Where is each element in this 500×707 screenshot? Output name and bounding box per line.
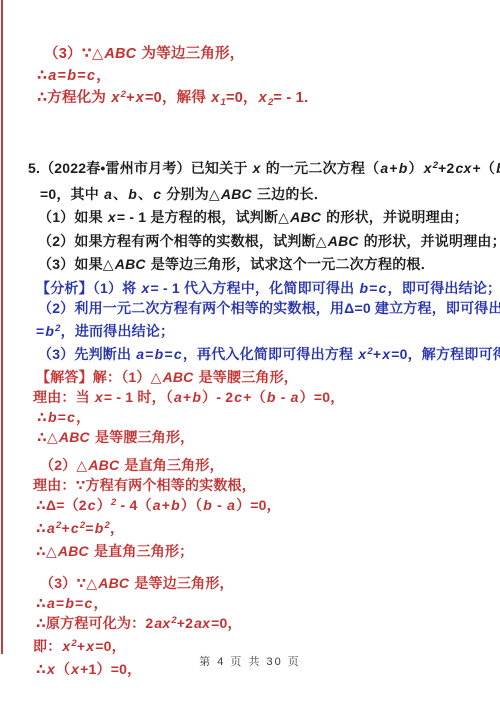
math-variable: a — [103, 186, 113, 202]
analysis-section: 【分析】（1）将 x= - 1 代入方程中，化简即可得出 b=c，即可得出结论；… — [0, 278, 500, 367]
superscript: 2 — [171, 615, 176, 626]
math-variable: b — [495, 160, 500, 176]
text-run: 理由：当 — [33, 389, 94, 405]
math-variable: ABC — [57, 543, 90, 559]
text-run: 、 — [138, 186, 152, 202]
page-footer: 第 4 页 共 30 页 — [0, 653, 500, 669]
text-run: ∴△ — [36, 543, 57, 559]
math-variable: x — [258, 90, 268, 106]
text-run: = — [75, 595, 83, 611]
text-run: 、 — [113, 186, 127, 202]
text-run: = — [164, 346, 172, 362]
text-run: ，即可得出结论； — [388, 280, 500, 296]
text-line: ∴△ABC 是等腰三角形， — [0, 427, 500, 447]
math-variable: ABC — [162, 369, 195, 385]
text-run: 的形状，并说明理由； — [360, 233, 500, 249]
math-variable: b — [398, 160, 409, 176]
text-run: ， — [96, 68, 111, 84]
text-run: ） — [408, 160, 422, 176]
text-run: 的形状，并说明理由； — [322, 209, 468, 225]
math-variable: ABC — [97, 575, 130, 591]
text-run: ） — [97, 497, 111, 513]
text-run: + — [162, 497, 170, 513]
text-run: + — [61, 520, 69, 536]
math-variable: a — [152, 497, 162, 513]
text-run: =0，解得 — [145, 90, 210, 106]
text-run: （3）如果△ — [38, 256, 114, 272]
text-run: = - 1 代入方程中，化简即可得出 — [150, 280, 358, 296]
text-run: +2 — [438, 160, 454, 176]
math-variable: b — [202, 497, 213, 513]
math-variable: b — [266, 389, 277, 405]
math-variable: x — [357, 346, 367, 362]
text-line: （3）∵△ABC 是等边三角形， — [0, 573, 500, 593]
text-line: ∴Δ=（2c）2 - 4（a+b）（b - a）=0， — [0, 495, 500, 518]
text-line: （3）如果△ABC 是等边三角形，试求这个一元二次方程的根． — [0, 253, 500, 277]
text-run: = - 1 是方程的根，试判断△ — [117, 209, 289, 225]
text-line: （1）如果 x= - 1 是方程的根，试判断△ABC 的形状，并说明理由； — [0, 206, 500, 230]
text-line: ∴原方程可化为：2ax2+2ax=0， — [0, 613, 500, 636]
math-variable: ABC — [327, 233, 360, 249]
text-line: ∴a=b=c， — [0, 593, 500, 613]
text-line: 【分析】（1）将 x= - 1 代入方程中，化简即可得出 b=c，即可得出结论； — [0, 278, 500, 298]
math-variable: c — [233, 389, 243, 405]
math-variable: x — [85, 638, 95, 654]
math-variable: cx — [455, 160, 473, 176]
text-line: 理由：当 x= - 1 时，（a+b）- 2c+（b - a）=0， — [0, 387, 500, 407]
answer-part2: （2）△ABC 是直角三角形，理由：∵方程有两个相等的实数根，∴Δ=（2c）2 … — [0, 455, 500, 561]
text-run: ）=0， — [300, 389, 345, 405]
math-variable: b — [358, 280, 369, 296]
text-run: ， — [94, 595, 108, 611]
math-variable: x — [110, 90, 120, 106]
math-variable: x — [135, 90, 145, 106]
text-run: （2）△ — [40, 457, 87, 473]
text-run: ）（ — [181, 497, 202, 513]
math-variable: ax — [193, 615, 211, 631]
text-run: +（ — [243, 389, 266, 405]
answer-part1: 【解答】解：（1）△ABC 是等腰三角形，理由：当 x= - 1 时，（a+b）… — [0, 367, 500, 447]
text-run: = - 1． — [273, 90, 318, 106]
math-variable: x — [107, 209, 117, 225]
math-variable: b — [44, 323, 55, 339]
text-line: ∴a2+c2=b2， — [0, 518, 500, 541]
text-run: 是等边三角形， — [130, 575, 234, 591]
text-line: ∴△ABC 是直角三角形； — [0, 541, 500, 561]
math-variable: c — [378, 280, 388, 296]
text-run: 三边的长． — [253, 186, 328, 202]
text-run: +（ — [473, 160, 496, 176]
math-variable: x — [61, 638, 71, 654]
math-variable: x — [423, 160, 433, 176]
text-run: （3）先判断出 — [38, 346, 135, 362]
text-run: 理由：∵方程有两个相等的实数根， — [33, 477, 256, 493]
superscript: 2 — [433, 160, 438, 171]
math-variable: x — [210, 90, 220, 106]
math-variable: a — [46, 595, 56, 611]
math-variable: b — [191, 389, 202, 405]
text-run: 5.（2022春•雷州市月考）已知关于 — [28, 160, 252, 176]
math-variable: c — [84, 595, 94, 611]
text-run: =0， — [211, 615, 242, 631]
text-run: 是直角三角形； — [90, 543, 194, 559]
subscript: 2 — [268, 97, 273, 108]
document-body: （3）∵△ABC 为等边三角形，∴a=b=c，∴方程化为 x2+x=0，解得 x… — [0, 0, 500, 679]
text-line: =0，其中 a、b、c 分别为△ABC 三边的长． — [0, 183, 500, 207]
text-run: + — [126, 90, 135, 106]
text-run: = — [77, 68, 86, 84]
text-line: （2）△ABC 是直角三角形， — [0, 455, 500, 475]
text-run: （3）∵△ — [40, 575, 97, 591]
text-run: 【解答】解：（1）△ — [36, 369, 162, 385]
text-run: ∴Δ=（2 — [36, 497, 87, 513]
text-line: （3）先判断出 a=b=c，再代入化简即可得出方程 x2+x=0，解方程即可得出… — [0, 344, 500, 367]
text-run: = — [369, 280, 377, 296]
math-variable: ABC — [103, 46, 137, 62]
text-run: ∴ — [36, 595, 46, 611]
text-run: = — [58, 68, 67, 84]
text-run: = — [145, 346, 153, 362]
superscript: 2 — [80, 520, 85, 531]
superscript: 2 — [111, 497, 116, 508]
text-run: =0，解方程即可得出结论． — [391, 346, 500, 362]
math-variable: b — [154, 346, 165, 362]
text-run: ∴方程化为 — [37, 90, 110, 106]
math-variable: a — [173, 389, 183, 405]
math-variable: c — [70, 520, 80, 536]
text-run: - — [213, 497, 226, 513]
text-line: 【解答】解：（1）△ABC 是等腰三角形， — [0, 367, 500, 387]
text-run: = — [85, 520, 93, 536]
math-variable: ABC — [220, 186, 253, 202]
text-run: 即： — [33, 638, 61, 654]
math-variable: a — [379, 160, 389, 176]
math-variable: a — [226, 497, 236, 513]
text-run: = — [58, 409, 66, 425]
math-variable: b — [127, 186, 138, 202]
text-line: ∴a=b=c， — [0, 65, 500, 87]
text-line: ∴方程化为 x2+x=0，解得 x1=0，x2= - 1． — [0, 87, 500, 111]
text-run: - — [277, 389, 290, 405]
text-run: ∴ — [36, 520, 46, 536]
math-variable: a — [290, 389, 300, 405]
text-run: - 4（ — [116, 497, 151, 513]
text-run: 【分析】（1）将 — [36, 280, 140, 296]
text-run: ∴原方程可化为：2 — [36, 615, 153, 631]
text-run: 是等腰三角形， — [195, 369, 299, 385]
text-run: ∴ — [37, 409, 47, 425]
math-variable: a — [47, 68, 57, 84]
text-line: =b2，进而得出结论； — [0, 321, 500, 344]
math-variable: a — [46, 520, 56, 536]
math-variable: x — [252, 160, 262, 176]
text-run: （2）利用一元二次方程有两个相等的实数根，用Δ=0 建立方程，即可得出 — [38, 300, 500, 316]
text-line: （2）利用一元二次方程有两个相等的实数根，用Δ=0 建立方程，即可得出 a2+c… — [0, 298, 500, 321]
text-run: ，进而得出结论； — [61, 323, 175, 339]
text-run: =0， — [95, 638, 126, 654]
text-run: = - 1 时，（ — [104, 389, 173, 405]
text-line: （2）如果方程有两个相等的实数根，试判断△ABC 的形状，并说明理由； — [0, 230, 500, 254]
math-variable: c — [86, 68, 96, 84]
superscript: 2 — [56, 520, 61, 531]
text-line: 5.（2022春•雷州市月考）已知关于 x 的一元二次方程（a+b）x2+2cx… — [0, 157, 500, 183]
prev-solution-fragment: （3）∵△ABC 为等边三角形，∴a=b=c，∴方程化为 x2+x=0，解得 x… — [0, 43, 500, 111]
math-variable: x — [94, 389, 104, 405]
subscript: 1 — [221, 97, 226, 108]
document-page: （3）∵△ABC 为等边三角形，∴a=b=c，∴方程化为 x2+x=0，解得 x… — [0, 0, 500, 707]
math-variable: c — [152, 186, 162, 202]
superscript: 2 — [104, 520, 109, 531]
superscript: 2 — [367, 346, 372, 357]
text-run: （3）∵△ — [44, 46, 103, 62]
text-run: =0，其中 — [40, 186, 103, 202]
math-variable: c — [87, 497, 97, 513]
math-variable: ABC — [289, 209, 322, 225]
text-run: + — [373, 346, 381, 362]
text-run: 分别为△ — [162, 186, 220, 202]
math-variable: c — [173, 346, 183, 362]
text-run: ， — [110, 520, 124, 536]
text-run: 是等边三角形，试求这个一元二次方程的根． — [147, 256, 435, 272]
math-variable: c — [66, 409, 76, 425]
text-run: （1）如果 — [38, 209, 107, 225]
superscript: 2 — [71, 638, 76, 649]
text-line: 理由：∵方程有两个相等的实数根， — [0, 475, 500, 495]
math-variable: a — [135, 346, 145, 362]
text-run: 为等边三角形， — [137, 46, 244, 62]
math-variable: x — [381, 346, 391, 362]
text-run: （2）如果方程有两个相等的实数根，试判断△ — [38, 233, 327, 249]
text-run: ， — [76, 409, 90, 425]
problem-5: 5.（2022春•雷州市月考）已知关于 x 的一元二次方程（a+b）x2+2cx… — [0, 157, 500, 277]
math-variable: ABC — [87, 457, 120, 473]
math-variable: ABC — [114, 256, 147, 272]
text-run: 是直角三角形， — [120, 457, 224, 473]
math-variable: ABC — [58, 429, 91, 445]
math-variable: b — [170, 497, 181, 513]
text-line: （3）∵△ABC 为等边三角形， — [0, 43, 500, 65]
text-run: ，再代入化简即可得出方程 — [183, 346, 358, 362]
superscript: 2 — [55, 323, 60, 334]
text-run: ）=0， — [236, 497, 281, 513]
text-run: +2 — [177, 615, 193, 631]
text-run: 是等腰三角形， — [91, 429, 195, 445]
text-run: ）- 2 — [202, 389, 233, 405]
math-variable: b — [94, 520, 105, 536]
math-variable: ax — [153, 615, 171, 631]
text-line: ∴b=c， — [0, 407, 500, 427]
math-variable: b — [66, 68, 77, 84]
text-run: =0， — [226, 90, 258, 106]
text-run: 的一元二次方程（ — [262, 160, 380, 176]
superscript: 2 — [121, 89, 126, 100]
text-run: ∴ — [37, 68, 47, 84]
text-run: ∴△ — [37, 429, 58, 445]
math-variable: x — [140, 280, 150, 296]
math-variable: b — [47, 409, 58, 425]
text-run: + — [389, 160, 397, 176]
math-variable: b — [64, 595, 75, 611]
